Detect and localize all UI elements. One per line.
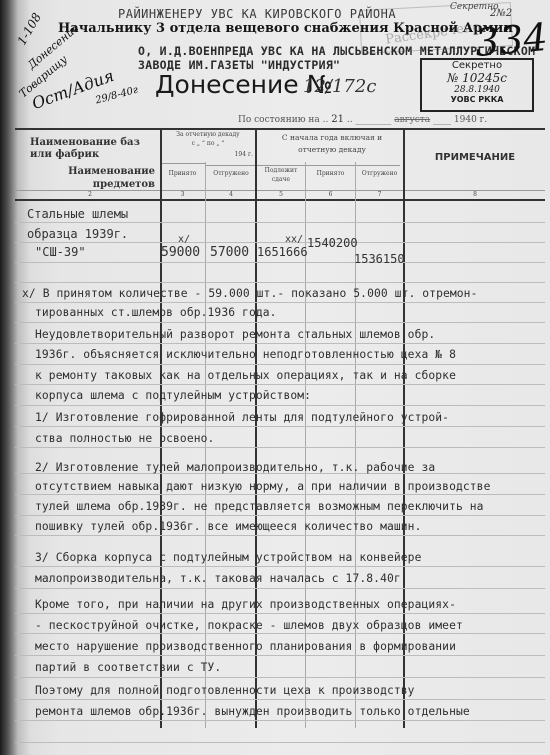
header-base-name: Наименование баз или фабрик (30, 137, 150, 161)
body-line: тированных ст.шлемов обр.1936 года. (35, 306, 277, 319)
ruled-line (15, 720, 545, 721)
due-ytd-mark: хх/ (285, 234, 303, 245)
date-year: 1940 г. (454, 115, 487, 125)
date-prefix: По состоянию на (238, 115, 320, 125)
body-line: ремонта шлемов обр.1936г. вынужден произ… (35, 705, 470, 718)
ruled-line (15, 302, 545, 303)
col-number-3: 3 (160, 191, 205, 198)
ruled-line (15, 535, 545, 536)
due-ytd: 1651666 (257, 245, 308, 259)
ruled-line (15, 364, 545, 365)
body-line: пошивку тулей обр.1936г. все имеющееся к… (35, 520, 421, 533)
col-number-7: 7 (356, 191, 403, 198)
accepted-decade-mark: х/ (178, 234, 190, 245)
body-line: - пескоструйной очистке, покраске - шлем… (35, 619, 463, 632)
body-line: корпуса шлема с подтулейным устройством: (35, 389, 311, 402)
accepted-ytd: 1540200 (307, 236, 358, 250)
left-handwritten-number: 1-108 (15, 11, 44, 48)
date-day: 21 (331, 114, 344, 125)
ruled-line (15, 677, 545, 678)
ruled-line (15, 222, 545, 223)
header-decade: За отчетную декаду (163, 131, 253, 138)
stamp-number: № 10245с (422, 71, 532, 85)
date-month: августа (394, 115, 430, 125)
ruled-line (15, 655, 545, 656)
ruled-line (15, 515, 545, 516)
ruled-line (15, 343, 545, 344)
stamp-date: 28.8.1940 (422, 85, 532, 95)
ruled-line (15, 242, 545, 243)
header-ytd: С начала года включая и отчетную декаду (262, 132, 402, 156)
ruled-line (15, 613, 545, 614)
document-page: Рассекречено РАЙИНЖЕНЕРУ УВС КА КИРОВСКО… (0, 0, 550, 755)
ruled-line (15, 262, 545, 263)
header-col6: Принято (306, 170, 355, 177)
body-line: партий в соответствии с ТУ. (35, 661, 221, 674)
header-col8-notes: ПРИМЕЧАНИЕ (405, 152, 545, 163)
header-col5: Подлежит сдаче (257, 166, 305, 184)
body-line: малопроизводительна, т.к. таковая начала… (35, 572, 408, 585)
date-line: По состоянию на .. 21 .. ________ август… (238, 114, 487, 125)
ruled-line (15, 742, 545, 743)
item-name-line-3: "СШ-39" (35, 245, 86, 259)
body-line: 3/ Сборка корпуса с подтулейным устройст… (35, 551, 421, 564)
body-line: тулей шлема обр.1939г. не представляется… (35, 500, 484, 513)
ruled-line (15, 282, 545, 283)
header-col7: Отгружено (356, 170, 403, 177)
ruled-line (15, 405, 545, 406)
addressee-line-1: РАЙИНЖЕНЕРУ УВС КА КИРОВСКОГО РАЙОНА (118, 7, 396, 21)
ruled-line (15, 633, 545, 634)
col-divider-2-3 (160, 128, 162, 728)
table-subheader-divider-2 (160, 163, 205, 164)
table-header-bottom (15, 199, 545, 201)
col-divider-4-5 (255, 128, 257, 728)
addressee-line-2: Начальнику 3 отдела вещевого снабжения К… (58, 21, 513, 36)
header-item-name: Наименование предметов (60, 165, 155, 191)
body-line: х/ В принятом количестве - 59.000 шт.- п… (22, 287, 478, 300)
body-line: 1/ Изготовление гофрированной ленты для … (35, 411, 449, 424)
body-line: 1936г. объясняется исключительно неподго… (35, 348, 456, 361)
header-decade-range: с „ “ по „ “ (163, 140, 253, 147)
ruled-line (15, 588, 545, 589)
stamp-classification: Секретно (422, 60, 532, 71)
body-line: отсутствием навыка дают низкую норму, а … (35, 480, 491, 493)
col-divider-7-8 (403, 128, 405, 728)
col-number-4: 4 (206, 191, 256, 198)
body-line: место нарушение производственного планир… (35, 640, 456, 653)
body-line: к ремонту таковых как на отдельных опера… (35, 369, 456, 382)
col-number-2: 2 (60, 191, 120, 198)
registration-stamp: Секретно № 10245с 28.8.1940 УОВС РККА (420, 58, 534, 112)
accepted-decade: 59000 (161, 245, 200, 260)
shipped-decade: 57000 (210, 245, 249, 260)
table-top-border (15, 128, 545, 130)
header-decade-year: 194 г. (163, 151, 253, 158)
shipped-ytd: 1536150 (354, 252, 405, 266)
item-name-line-1: Стальные шлемы (27, 207, 128, 221)
body-line: Поэтому для полной подготовленности цеха… (35, 684, 415, 697)
ruled-line (15, 494, 545, 495)
stamp-org: УОВС РККА (422, 95, 532, 104)
body-line: Неудовлетворительный разворот ремонта ст… (35, 328, 435, 341)
report-number: 12/172с (303, 76, 376, 97)
header-col4: Отгружено (206, 170, 256, 177)
col-number-8: 8 (405, 191, 545, 198)
ruled-line (15, 447, 545, 448)
ruled-line (15, 566, 545, 567)
body-line: 2/ Изготовление тулей малопроизводительн… (35, 461, 435, 474)
body-line: ства полностью не освоено. (35, 432, 214, 445)
header-col3: Принято (160, 170, 205, 177)
col-number-5: 5 (257, 191, 305, 198)
ruled-line (15, 384, 545, 385)
col-number-6: 6 (306, 191, 355, 198)
item-name-line-2: образца 1939г. (27, 227, 128, 241)
ruled-line (15, 322, 545, 323)
ruled-line (15, 426, 545, 427)
body-line: Кроме того, при наличии на других произв… (35, 598, 456, 611)
ruled-line (15, 699, 545, 700)
